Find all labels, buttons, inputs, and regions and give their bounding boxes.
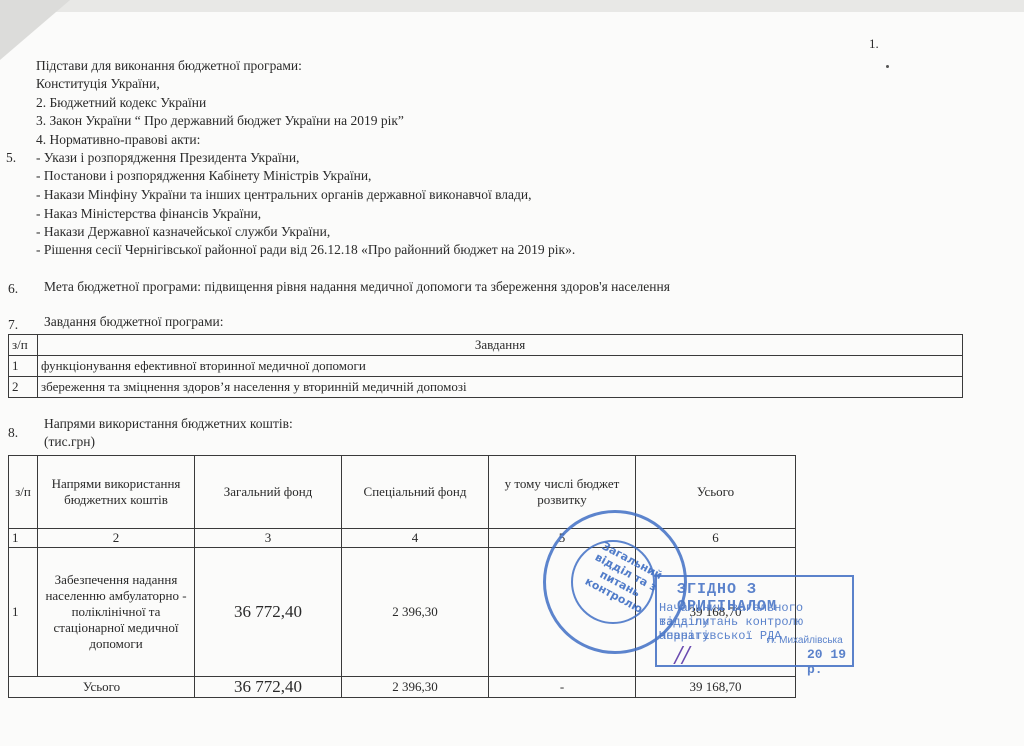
row-num: 1	[9, 548, 38, 677]
total-row: Усього 36 772,40 2 396,30 - 39 168,70	[9, 677, 796, 698]
basis-title: Підстави для виконання бюджетної програм…	[36, 58, 302, 74]
act-item: - Накази Державної казначейської служби …	[36, 224, 330, 240]
page-number: 1.	[869, 36, 879, 52]
section-number-7: 7.	[8, 317, 18, 333]
section-number-5: 5.	[6, 150, 16, 166]
total-general-fund: 36 772,40	[195, 677, 342, 698]
header-num: з/п	[9, 456, 38, 529]
row-task: функціонування ефективної вторинної меди…	[38, 356, 963, 377]
directions-title: Напрями використання бюджетних коштів:	[44, 416, 293, 432]
row-num: 1	[9, 356, 38, 377]
column-numbers-row: 1 2 3 4 5 6	[9, 529, 796, 548]
table-row: 1 функціонування ефективної вторинної ме…	[9, 356, 963, 377]
row-general-fund: 36 772,40	[195, 548, 342, 677]
speck	[886, 65, 889, 68]
total-sum: 39 168,70	[636, 677, 796, 698]
basis-item: 4. Нормативно-правові акти:	[36, 132, 200, 148]
tasks-table: з/п Завдання 1 функціонування ефективної…	[8, 334, 963, 398]
row-direction: Забезпечення надання населенню амбулатор…	[38, 548, 195, 677]
tasks-title: Завдання бюджетної програми:	[44, 314, 224, 330]
act-item: - Постанови і розпорядження Кабінету Мін…	[36, 168, 371, 184]
table-header: з/п Напрями використання бюджетних кошті…	[9, 456, 796, 529]
total-label: Усього	[9, 677, 195, 698]
col-number: 1	[9, 529, 38, 548]
header-special-fund: Спеціальний фонд	[342, 456, 489, 529]
folded-corner	[0, 0, 70, 60]
section-number-6: 6.	[8, 281, 18, 297]
act-item: - Рішення сесії Чернігівської районної р…	[36, 242, 575, 258]
goal-text: Мета бюджетної програми: підвищення рівн…	[44, 279, 670, 295]
basis-item: 2. Бюджетний кодекс України	[36, 95, 206, 111]
total-development: -	[489, 677, 636, 698]
act-item: - Накази Мінфіну України та інших центра…	[36, 187, 531, 203]
header-direction: Напрями використання бюджетних коштів	[38, 456, 195, 529]
signature-mark: ∕∕	[675, 643, 690, 668]
document-page: 1. Підстави для виконання бюджетної прог…	[0, 0, 1024, 746]
total-special-fund: 2 396,30	[342, 677, 489, 698]
header-task: Завдання	[38, 335, 963, 356]
row-task: збереження та зміцнення здоров’я населен…	[38, 377, 963, 398]
basis-item: 3. Закон України “ Про державний бюджет …	[36, 113, 404, 129]
section-number-8: 8.	[8, 425, 18, 441]
col-number: 3	[195, 529, 342, 548]
stamp-line: Чернігівської РДА	[659, 629, 781, 643]
header-total: Усього	[636, 456, 796, 529]
directions-unit: (тис.грн)	[44, 434, 95, 450]
header-general-fund: Загальний фонд	[195, 456, 342, 529]
stamp-line: Л. Михайлівська	[767, 635, 843, 646]
table-header: з/п Завдання	[9, 335, 963, 356]
row-special-fund: 2 396,30	[342, 548, 489, 677]
scan-edge	[0, 0, 1024, 12]
table-row: 2 збереження та зміцнення здоров’я насел…	[9, 377, 963, 398]
col-number: 2	[38, 529, 195, 548]
row-num: 2	[9, 377, 38, 398]
basis-item: Конституція України,	[36, 76, 160, 92]
header-num: з/п	[9, 335, 38, 356]
stamp-line: 20 19 р.	[807, 647, 852, 677]
act-item: - Наказ Міністерства фінансів України,	[36, 206, 261, 222]
col-number: 4	[342, 529, 489, 548]
act-item: - Укази і розпорядження Президента Украї…	[36, 150, 299, 166]
